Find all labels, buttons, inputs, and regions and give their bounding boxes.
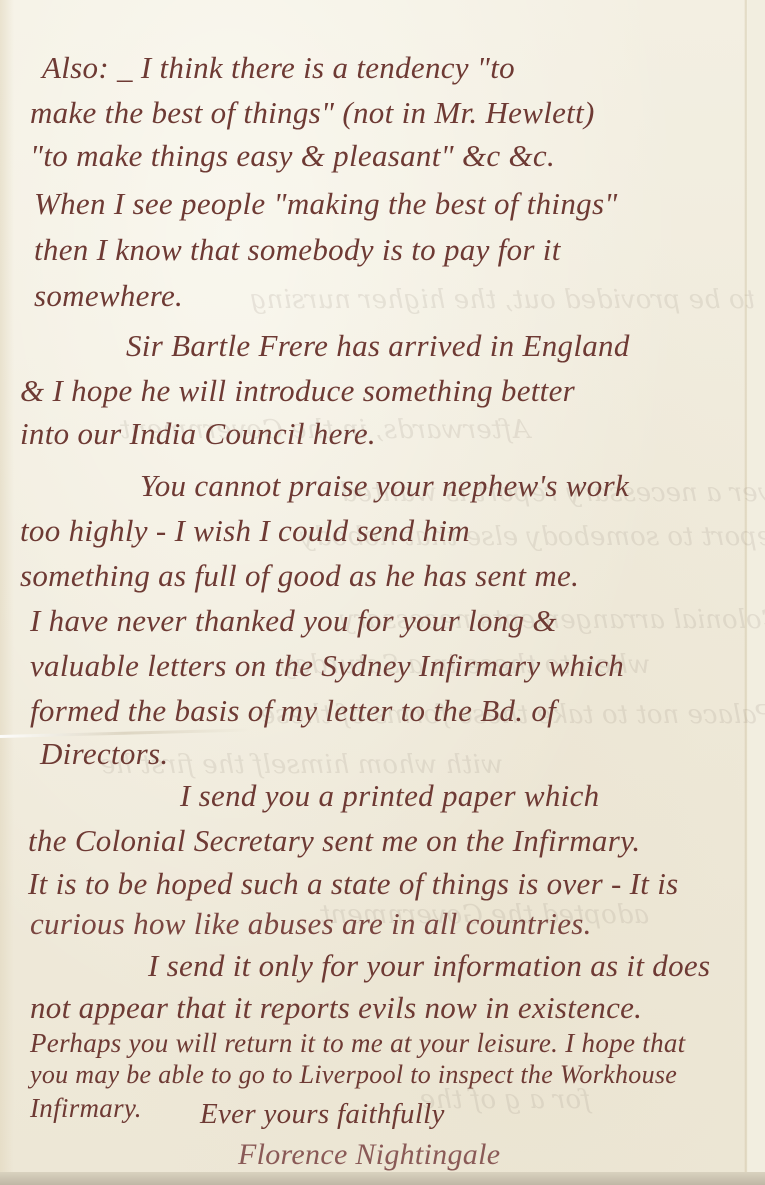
letter-line: I send you a printed paper which	[180, 780, 599, 811]
letter-signature: Florence Nightingale	[238, 1140, 500, 1170]
letter-page: to be provided out, the higher nursing A…	[0, 0, 765, 1185]
letter-line: Perhaps you will return it to me at your…	[30, 1030, 686, 1057]
letter-closing: Ever yours faithfully	[200, 1100, 445, 1129]
paper-right-margin	[748, 0, 765, 1185]
letter-line: I send it only for your information as i…	[148, 950, 710, 981]
letter-line: not appear that it reports evils now in …	[30, 992, 642, 1023]
letter-line: Also: _ I think there is a tendency "to	[42, 52, 515, 83]
letter-line: valuable letters on the Sydney Infirmary…	[30, 650, 624, 681]
letter-line: something as full of good as he has sent…	[20, 560, 579, 591]
letter-line: "to make things easy & pleasant" &c &c.	[30, 140, 555, 171]
letter-line: formed the basis of my letter to the Bd.…	[30, 695, 556, 726]
letter-line: I have never thanked you for your long &	[30, 605, 557, 636]
letter-line: you may be able to go to Liverpool to in…	[30, 1062, 677, 1088]
bleed-through-text: to be provided out, the higher nursing	[250, 285, 755, 315]
letter-line: When I see people "making the best of th…	[34, 188, 618, 219]
letter-line: curious how like abuses are in all count…	[30, 908, 592, 939]
letter-line: the Colonial Secretary sent me on the In…	[28, 825, 640, 856]
letter-line: It is to be hoped such a state of things…	[28, 868, 679, 899]
letter-line: then I know that somebody is to pay for …	[34, 234, 561, 265]
paper-left-edge	[0, 0, 14, 1185]
letter-line: make the best of things" (not in Mr. Hew…	[30, 97, 595, 128]
letter-line: too highly - I wish I could send him	[20, 515, 470, 546]
letter-line: Directors.	[40, 738, 168, 769]
letter-line: Sir Bartle Frere has arrived in England	[126, 330, 630, 361]
letter-line: You cannot praise your nephew's work	[140, 470, 629, 501]
letter-line: Infirmary.	[30, 1095, 142, 1122]
letter-line: into our India Council here.	[20, 418, 376, 449]
bleed-through-text: for a g of the	[420, 1085, 591, 1115]
letter-line: & I hope he will introduce something bet…	[20, 375, 575, 406]
letter-line: somewhere.	[34, 280, 183, 311]
paper-bottom-edge	[0, 1172, 765, 1185]
